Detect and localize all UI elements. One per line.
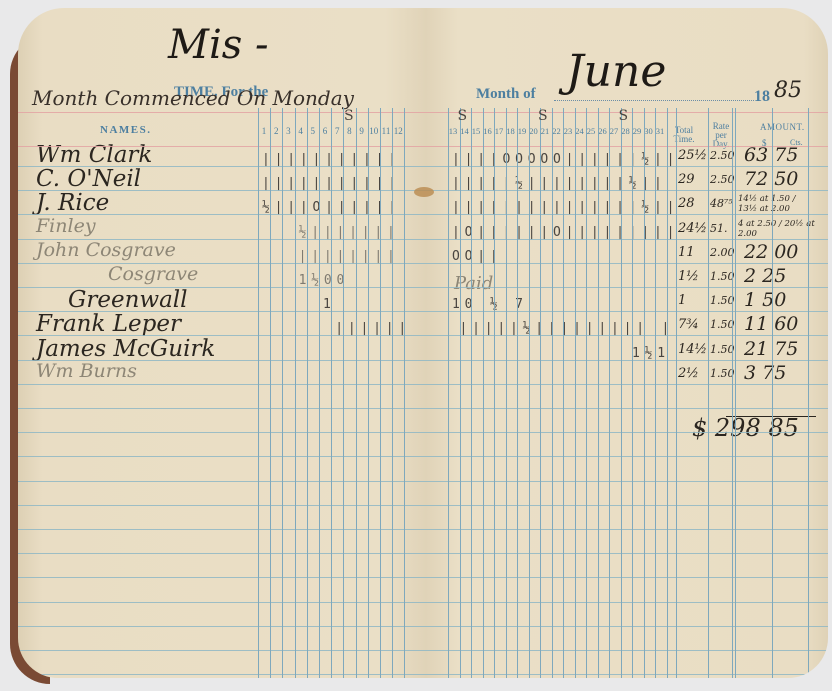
ledger-book: Mis - TIME. For the Month Commenced On M… xyxy=(10,4,828,686)
total-time-value: 1 xyxy=(678,293,686,308)
grid-column-line xyxy=(529,108,530,678)
ruled-line xyxy=(18,239,426,240)
grid-column-line xyxy=(494,108,495,678)
ruled-line xyxy=(18,287,426,288)
grid-column-line xyxy=(575,108,576,678)
ruled-line xyxy=(18,166,426,167)
amount-header: AMOUNT. xyxy=(760,122,805,132)
attendance-marks: ||||OOOOO||||||½|| xyxy=(452,152,679,167)
total-time-value: 14½ xyxy=(678,342,707,357)
names-header: NAMES. xyxy=(100,124,151,136)
ruled-line xyxy=(426,553,828,554)
rate-value: 1.50 xyxy=(710,318,735,331)
grid-column-line xyxy=(368,108,369,678)
ruled-line xyxy=(18,335,426,336)
ruled-line xyxy=(18,553,426,554)
grid-column-line xyxy=(563,108,564,678)
attendance-marks: |||||½||||||||½|| xyxy=(452,176,667,191)
ruled-line xyxy=(426,360,828,361)
ruled-line xyxy=(18,384,426,385)
ruled-line xyxy=(426,602,828,603)
grid-column-line xyxy=(667,108,668,678)
attendance-marks: 1½1 xyxy=(632,346,670,361)
binding-stain xyxy=(414,187,434,197)
left-page: Mis - TIME. For the Month Commenced On M… xyxy=(18,8,426,678)
right-page: Month of June 18 85 13141516171819202122… xyxy=(426,8,828,678)
grid-column-line xyxy=(270,108,271,678)
grid-column-line xyxy=(307,108,308,678)
grid-column-line xyxy=(392,108,393,678)
grid-column-line xyxy=(295,108,296,678)
year-prefix: 18 xyxy=(754,88,770,106)
rate-value: 51. xyxy=(710,222,728,235)
amount-value: 2 25 xyxy=(744,265,786,287)
ruled-line xyxy=(18,408,426,409)
rate-value: 2.50 xyxy=(710,149,735,162)
sunday-marker-14: S xyxy=(458,108,468,124)
grid-column-line xyxy=(448,108,449,678)
amount-value: 3 75 xyxy=(744,362,786,384)
amount-value: 1 50 xyxy=(744,289,786,311)
total-time-value: 24½ xyxy=(678,221,707,236)
red-rule-header xyxy=(426,146,828,147)
attendance-marks: ½||||||| xyxy=(299,225,400,240)
total-time-value: 2½ xyxy=(678,366,699,381)
sunday-marker-21: S xyxy=(538,108,548,124)
grid-column-line xyxy=(632,108,633,678)
grid-column-line xyxy=(621,108,622,678)
grid-column-line xyxy=(343,108,344,678)
ruled-line xyxy=(18,311,426,312)
rate-value: 1.50 xyxy=(710,270,735,283)
ruled-line xyxy=(426,674,828,675)
ruled-line xyxy=(18,674,426,675)
grid-column-line xyxy=(319,108,320,678)
name-entry: J. Rice xyxy=(36,190,109,216)
name-entry: Wm Burns xyxy=(36,360,137,382)
rate-value: 48⁷⁵ xyxy=(710,197,733,210)
handwritten-subtitle: Month Commenced On Monday xyxy=(32,86,354,110)
amount-value: 14½ at 1.50 / 13½ at 2.00 xyxy=(738,194,816,214)
total-time-value: 11 xyxy=(678,245,695,260)
grid-column-line xyxy=(483,108,484,678)
attendance-marks: |||||½||||||||| | xyxy=(460,321,675,336)
name-entry: James McGuirk xyxy=(36,336,215,362)
ruled-line xyxy=(426,190,828,191)
ruled-line xyxy=(18,505,426,506)
grid-column-line xyxy=(655,108,656,678)
ruled-line xyxy=(18,263,426,264)
ruled-line xyxy=(426,577,828,578)
grid-column-line xyxy=(404,108,405,678)
ruled-line xyxy=(18,360,426,361)
ruled-line xyxy=(18,529,426,530)
name-entry: John Cosgrave xyxy=(36,239,176,261)
ruled-line xyxy=(426,214,828,215)
month-underline xyxy=(554,100,754,101)
ruled-line xyxy=(426,505,828,506)
grid-column-line xyxy=(331,108,332,678)
ruled-line xyxy=(426,239,828,240)
name-entry: C. O'Neil xyxy=(36,166,141,192)
header-note: Mis - xyxy=(168,22,269,68)
ruled-line xyxy=(426,311,828,312)
total-time-value: 29 xyxy=(678,172,695,187)
month-value: June xyxy=(566,46,666,97)
rate-value: 1.50 xyxy=(710,367,735,380)
totals-column-line xyxy=(732,108,733,678)
totals-column-line xyxy=(708,108,709,678)
grid-column-line xyxy=(609,108,610,678)
totals-column-line xyxy=(676,108,677,678)
totals-column-line xyxy=(735,108,736,678)
name-entry: Frank Leper xyxy=(36,311,181,337)
grid-column-line xyxy=(258,108,259,678)
rate-value: 1.50 xyxy=(710,294,735,307)
ruled-line xyxy=(426,529,828,530)
ruled-line xyxy=(426,408,828,409)
rate-per-day-header: Rate per Day. xyxy=(708,122,734,149)
total-time-value: 7¾ xyxy=(678,317,699,332)
attendance-marks: |||||| xyxy=(335,321,411,336)
red-rule-header xyxy=(18,146,426,147)
ruled-line xyxy=(426,626,828,627)
totals-column-line xyxy=(808,108,809,678)
ruled-line xyxy=(18,190,426,191)
total-time-value: 25½ xyxy=(678,148,707,163)
day-column-12: 12 xyxy=(391,126,405,136)
ruled-line xyxy=(426,166,828,167)
grid-column-line xyxy=(471,108,472,678)
attendance-marks: |||||||| xyxy=(299,249,400,264)
ruled-line xyxy=(18,456,426,457)
totals-column-line xyxy=(772,108,773,678)
ruled-line xyxy=(426,650,828,651)
name-entry: Greenwall xyxy=(68,287,188,313)
total-time-value: 1½ xyxy=(678,269,699,284)
grid-column-line xyxy=(644,108,645,678)
ruled-line xyxy=(18,577,426,578)
ruled-line xyxy=(18,432,426,433)
ruled-line xyxy=(18,650,426,651)
ruled-line xyxy=(426,287,828,288)
year-suffix: 85 xyxy=(774,78,802,103)
rate-value: 1.50 xyxy=(710,343,735,356)
grid-column-line xyxy=(282,108,283,678)
name-entry: Cosgrave xyxy=(108,263,198,285)
grid-column-line xyxy=(540,108,541,678)
name-entry: Finley xyxy=(36,215,96,237)
month-label: Month of xyxy=(476,86,536,103)
attendance-marks: |||||||||||||||½|| xyxy=(452,200,679,215)
grid-column-line xyxy=(460,108,461,678)
total-time-value: 28 xyxy=(678,196,695,211)
amount-value: 4 at 2.50 / 20½ at 2.00 xyxy=(738,219,816,239)
rate-value: 2.50 xyxy=(710,173,735,186)
ruled-line xyxy=(18,481,426,482)
sunday-marker-28: S xyxy=(619,108,629,124)
ruled-line xyxy=(426,384,828,385)
grid-column-line xyxy=(552,108,553,678)
grid-column-line xyxy=(586,108,587,678)
red-rule-top xyxy=(18,112,426,113)
ruled-line xyxy=(426,456,828,457)
ruled-line xyxy=(426,335,828,336)
ruled-line xyxy=(18,626,426,627)
grid-column-line xyxy=(356,108,357,678)
grid-column-line xyxy=(380,108,381,678)
rate-value: 2.00 xyxy=(710,246,735,259)
ruled-line xyxy=(18,214,426,215)
ruled-line xyxy=(426,432,828,433)
sunday-marker-7: S xyxy=(344,108,354,124)
attendance-marks: 1 xyxy=(323,297,336,312)
attendance-marks: |O||||||O||||||||| xyxy=(452,225,679,240)
ruled-line xyxy=(426,263,828,264)
grid-column-line xyxy=(598,108,599,678)
grid-column-line xyxy=(506,108,507,678)
ruled-line xyxy=(426,481,828,482)
ruled-line xyxy=(18,602,426,603)
grid-column-line xyxy=(517,108,518,678)
